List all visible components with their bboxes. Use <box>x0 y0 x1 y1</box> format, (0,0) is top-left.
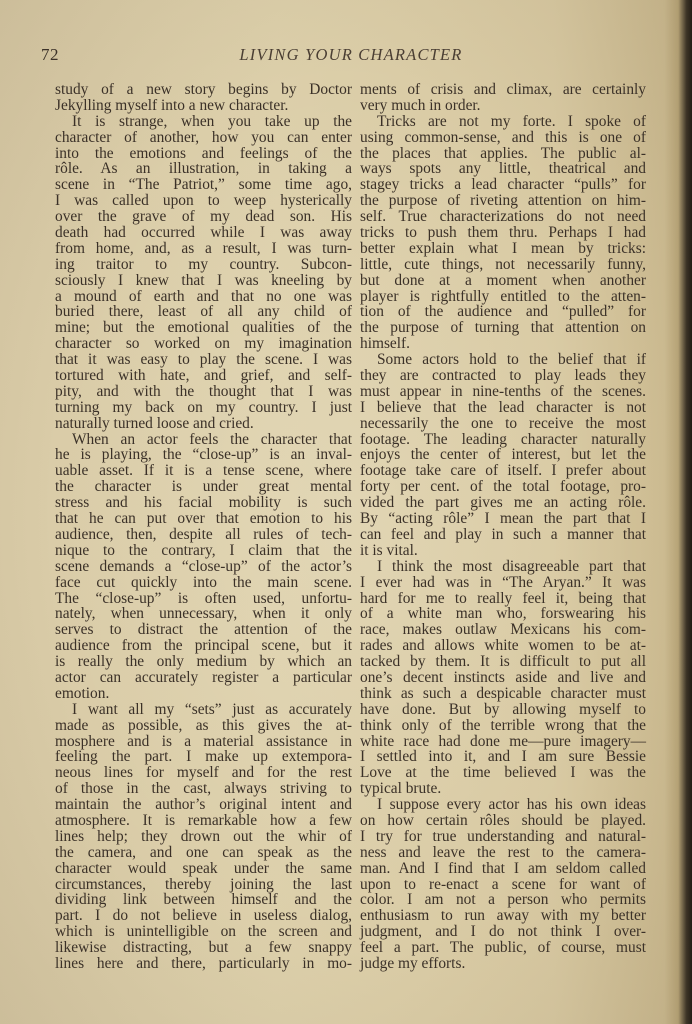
text-line: have done. But by allowing myself to <box>360 702 646 718</box>
text-line: atmosphere. It is remarkable how a few <box>55 813 352 829</box>
text-line: made as possible, as this gives the at- <box>55 718 352 734</box>
text-line: I want all my “sets” just as accurately <box>55 702 352 718</box>
text-line: which is unintelligible on the screen an… <box>55 924 352 940</box>
text-line: player is rightfully entitled to the att… <box>360 289 646 305</box>
text-line: dividing link between himself and the <box>55 892 352 908</box>
text-line: can feel and play in such a manner that <box>360 527 646 543</box>
text-line: race, makes outlaw Mexicans his com- <box>360 622 646 638</box>
text-line: scene demands a “close-up” of the actor’… <box>55 559 352 575</box>
text-line: ways spots any little, theatrical and <box>360 161 646 177</box>
text-line: By “acting rôle” I mean the part that I <box>360 511 646 527</box>
text-line: buried there, least of all any child of <box>55 304 352 320</box>
text-line: forty per cent. of the total footage, pr… <box>360 479 646 495</box>
text-line: one’s decent instincts aside and live an… <box>360 670 646 686</box>
text-line: Tricks are not my forte. I spoke of <box>360 114 646 130</box>
text-line: judge my efforts. <box>360 956 646 972</box>
text-line: must appear in nine-tenths of the scenes… <box>360 384 646 400</box>
text-line: a mound of earth and that no one was <box>55 289 352 305</box>
text-line: Jekylling myself into a new character. <box>55 98 352 114</box>
text-column-left: study of a new story begins by DoctorJek… <box>55 82 352 972</box>
text-line: It is strange, when you take up the <box>55 114 352 130</box>
text-line: nique to the contrary, I claim that the <box>55 543 352 559</box>
text-line: I was called upon to weep hysterically <box>55 193 352 209</box>
text-line: I ever had was in “The Aryan.” It was <box>360 575 646 591</box>
text-line: the purpose of turning that attention on <box>360 320 646 336</box>
text-line: tricks to push them thru. Perhaps I had <box>360 225 646 241</box>
text-line: Love at the time believed I was the <box>360 765 646 781</box>
text-line: better explain what I mean by tricks: <box>360 241 646 257</box>
text-line: emotion. <box>55 686 352 702</box>
text-line: using common-sense, and this is one of <box>360 130 646 146</box>
text-line: color. I am not a person who permits <box>360 892 646 908</box>
text-line: I think the most disagreeable part that <box>360 559 646 575</box>
text-line: character would speak under the same <box>55 861 352 877</box>
text-line: ness and leave the rest to the camera- <box>360 845 646 861</box>
text-line: face cut quickly into the main scene. <box>55 575 352 591</box>
text-line: enthusiasm to run away with my better <box>360 908 646 924</box>
text-line: turning my back on my country. I just <box>55 400 352 416</box>
text-line: tacked by them. It is difficult to put a… <box>360 654 646 670</box>
text-line: that he can put over that emotion to his <box>55 511 352 527</box>
text-line: into the emotions and feelings of the <box>55 146 352 162</box>
text-line: hard for me to really feel it, being tha… <box>360 591 646 607</box>
text-line: man. And I find that I am seldom called <box>360 861 646 877</box>
text-line: stagey tricks a lead character “pulls” f… <box>360 177 646 193</box>
text-line: pity, and with the thought that I was <box>55 384 352 400</box>
text-line: tortured with hate, and grief, and self- <box>55 368 352 384</box>
text-line: little, cute things, not necessarily fun… <box>360 257 646 273</box>
text-line: footage take care of itself. I prefer ab… <box>360 463 646 479</box>
text-line: naturally turned loose and cried. <box>55 416 352 432</box>
text-line: think as such a despicable character mus… <box>360 686 646 702</box>
text-line: the camera, and one can speak as the <box>55 845 352 861</box>
text-line: study of a new story begins by Doctor <box>55 82 352 98</box>
text-line: self. True characterizations do not need <box>360 209 646 225</box>
text-line: I believe that the lead character is not <box>360 400 646 416</box>
text-line: lines help; they drown out the whir of <box>55 829 352 845</box>
text-line: mosphere and is a material assistance in <box>55 734 352 750</box>
text-line: sciously I knew that I was kneeling by <box>55 273 352 289</box>
text-line: tion of the audience and “pulled” for <box>360 304 646 320</box>
running-title: LIVING YOUR CHARACTER <box>41 45 645 65</box>
text-line: that it was easy to play the scene. I wa… <box>55 352 352 368</box>
text-line: upon to re-enact a scene for want of <box>360 877 646 893</box>
text-line: feel a part. The public, of course, must <box>360 940 646 956</box>
text-line: character of another, how you can enter <box>55 130 352 146</box>
text-line: ing traitor to my country. Subcon- <box>55 257 352 273</box>
text-line: typical brute. <box>360 781 646 797</box>
text-line: think only of the terrible wrong that th… <box>360 718 646 734</box>
text-line: When an actor feels the character that <box>55 432 352 448</box>
text-line: lines here and there, particularly in mo… <box>55 956 352 972</box>
text-line: vided the part gives me an acting rôle. <box>360 495 646 511</box>
text-line: is really the only medium by which an <box>55 654 352 670</box>
text-column-right: ments of crisis and climax, are certainl… <box>360 82 646 972</box>
text-line: nately, when unnecessary, when it only <box>55 606 352 622</box>
text-line: serves to distract the attention of the <box>55 622 352 638</box>
text-line: audience from the principal scene, but i… <box>55 638 352 654</box>
text-line: necessarily the one to receive the most <box>360 416 646 432</box>
text-line: it is vital. <box>360 543 646 559</box>
text-line: white race had done me—pure imagery— <box>360 734 646 750</box>
text-line: death had occurred while I was away <box>55 225 352 241</box>
text-line: part. I do not believe in useless dialog… <box>55 908 352 924</box>
text-line: enjoys the center of interest, but let t… <box>360 447 646 463</box>
text-line: judgment, and I do not think I over- <box>360 924 646 940</box>
text-line: audience, then, despite all rules of tec… <box>55 527 352 543</box>
text-line: likewise distracting, but a few snappy <box>55 940 352 956</box>
text-line: mine; but the emotional qualities of the <box>55 320 352 336</box>
text-line: neous lines for myself and for the rest <box>55 765 352 781</box>
text-line: scene in “The Patriot,” some time ago, <box>55 177 352 193</box>
text-line: the purpose of riveting attention on him… <box>360 193 646 209</box>
text-line: but done at a moment when another <box>360 273 646 289</box>
text-line: on how certain rôles should be played. <box>360 813 646 829</box>
text-line: they are contracted to play leads they <box>360 368 646 384</box>
text-line: character so worked on my imagination <box>55 336 352 352</box>
text-line: I suppose every actor has his own ideas <box>360 797 646 813</box>
text-line: he is playing, the “close-up” is an inva… <box>55 447 352 463</box>
text-line: ments of crisis and climax, are certainl… <box>360 82 646 98</box>
text-line: over the grave of my dead son. His <box>55 209 352 225</box>
text-line: footage. The leading character naturally <box>360 432 646 448</box>
text-line: feeling the part. I make up extempora- <box>55 749 352 765</box>
text-line: uable asset. If it is a tense scene, whe… <box>55 463 352 479</box>
text-line: I settled into it, and I am sure Bessie <box>360 749 646 765</box>
text-line: The “close-up” is often used, unfortu- <box>55 591 352 607</box>
text-line: maintain the author’s original intent an… <box>55 797 352 813</box>
page-header: 72 LIVING YOUR CHARACTER <box>41 45 645 67</box>
text-line: rôle. As an illustration, in taking a <box>55 161 352 177</box>
text-line: of those in the cast, always striving to <box>55 781 352 797</box>
text-line: actor can accurately register a particul… <box>55 670 352 686</box>
text-line: rades and allows white women to be at- <box>360 638 646 654</box>
text-line: the character is under great mental <box>55 479 352 495</box>
text-line: himself. <box>360 336 646 352</box>
text-line: of a white man who, forswearing his <box>360 606 646 622</box>
text-line: the places that applies. The public al- <box>360 146 646 162</box>
text-line: circumstances, thereby joining the last <box>55 877 352 893</box>
text-line: from home, and, as a result, I was turn- <box>55 241 352 257</box>
text-line: very much in order. <box>360 98 646 114</box>
text-line: I try for true understanding and natural… <box>360 829 646 845</box>
text-line: Some actors hold to the belief that if <box>360 352 646 368</box>
text-line: stress and his facial mobility is such <box>55 495 352 511</box>
